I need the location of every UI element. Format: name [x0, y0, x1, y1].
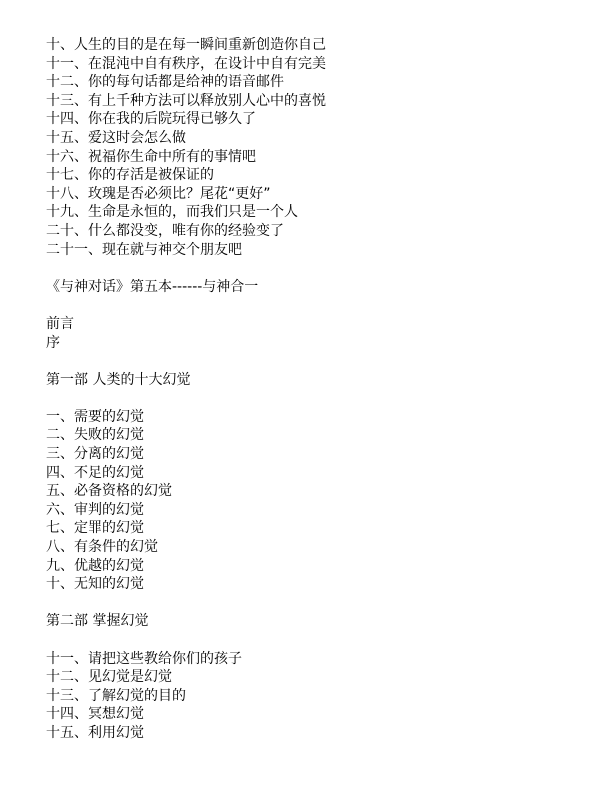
chapter-line: 十七、你的存活是被保证的 [46, 166, 583, 185]
chapter-line: 十一、请把这些教给你们的孩子 [46, 650, 583, 669]
chapter-line: 十三、有上千种方法可以释放别人心中的喜悦 [46, 92, 583, 111]
blank-line [46, 594, 583, 613]
chapter-line: 十九、生命是永恒的，而我们只是一个人 [46, 203, 583, 222]
illusion-line: 四、不足的幻觉 [46, 464, 583, 483]
illusion-line: 七、定罪的幻觉 [46, 519, 583, 538]
illusion-line: 十、无知的幻觉 [46, 575, 583, 594]
illusion-line: 八、有条件的幻觉 [46, 538, 583, 557]
illusion-line: 一、需要的幻觉 [46, 408, 583, 427]
book-title: 《与神对话》第五本------与神合一 [46, 278, 583, 297]
blank-line [46, 631, 583, 650]
chapter-line: 十五、爱这时会怎么做 [46, 129, 583, 148]
preface-line: 序 [46, 334, 583, 353]
chapter-line: 十四、冥想幻觉 [46, 705, 583, 724]
blank-line [46, 352, 583, 371]
part1-heading: 第一部 人类的十大幻觉 [46, 371, 583, 390]
chapter-line: 十八、玫瑰是否必须比？尾花“更好” [46, 185, 583, 204]
illusion-line: 二、失败的幻觉 [46, 426, 583, 445]
chapter-line: 十一、在混沌中自有秩序，在设计中自有完美 [46, 55, 583, 74]
chapter-line: 十、人生的目的是在每一瞬间重新创造你自己 [46, 36, 583, 55]
chapter-line: 二十、什么都没变，唯有你的经验变了 [46, 222, 583, 241]
blank-line [46, 389, 583, 408]
blank-line [46, 296, 583, 315]
chapter-line: 二十一、现在就与神交个朋友吧 [46, 241, 583, 260]
document-page: 十、人生的目的是在每一瞬间重新创造你自己 十一、在混沌中自有秩序，在设计中自有完… [0, 0, 603, 801]
foreword-line: 前言 [46, 315, 583, 334]
chapter-line: 十三、了解幻觉的目的 [46, 687, 583, 706]
illusion-line: 六、审判的幻觉 [46, 501, 583, 520]
illusion-line: 三、分离的幻觉 [46, 445, 583, 464]
illusion-line: 九、优越的幻觉 [46, 557, 583, 576]
chapter-line: 十六、祝福你生命中所有的事情吧 [46, 148, 583, 167]
chapter-line: 十四、你在我的后院玩得已够久了 [46, 110, 583, 129]
chapter-line: 十二、见幻觉是幻觉 [46, 668, 583, 687]
blank-line [46, 259, 583, 278]
part2-heading: 第二部 掌握幻觉 [46, 612, 583, 631]
chapter-line: 十二、你的每句话都是给神的语音邮件 [46, 73, 583, 92]
illusion-line: 五、必备资格的幻觉 [46, 482, 583, 501]
chapter-line: 十五、利用幻觉 [46, 724, 583, 743]
